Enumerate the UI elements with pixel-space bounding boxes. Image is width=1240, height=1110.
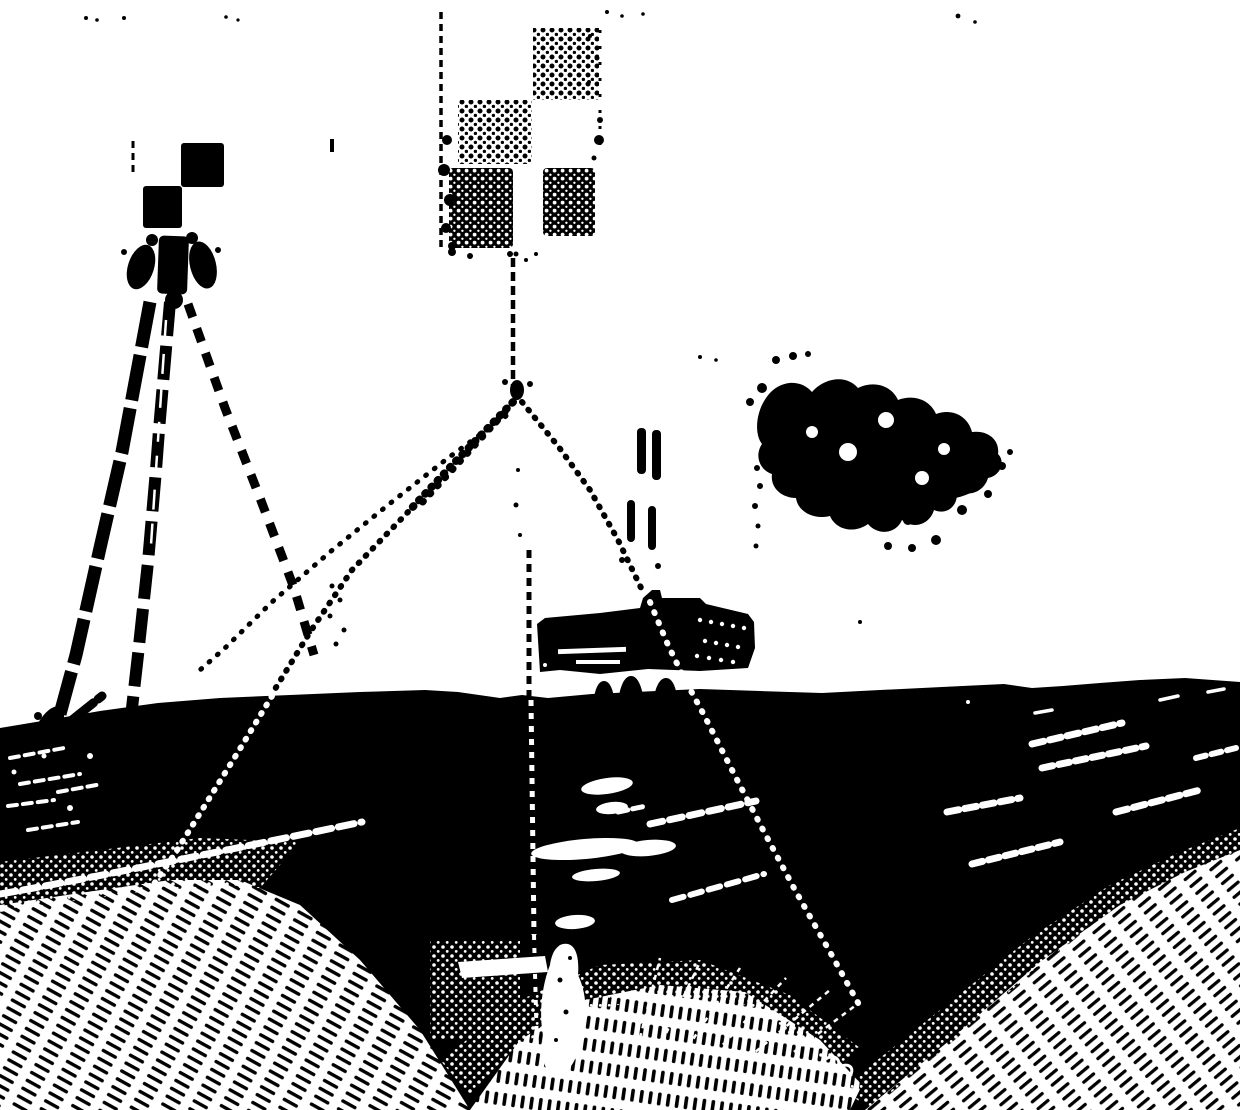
flag-square-light-2 — [458, 100, 532, 164]
flag-square-light-1 — [533, 28, 599, 100]
halftone-photograph — [0, 0, 1240, 1110]
target-square-upper — [181, 143, 224, 187]
target-square-lower — [143, 186, 182, 228]
flag-square-dark-2 — [543, 168, 595, 236]
flag-square-dark-1 — [449, 168, 513, 248]
photo-canvas — [0, 0, 1240, 1110]
